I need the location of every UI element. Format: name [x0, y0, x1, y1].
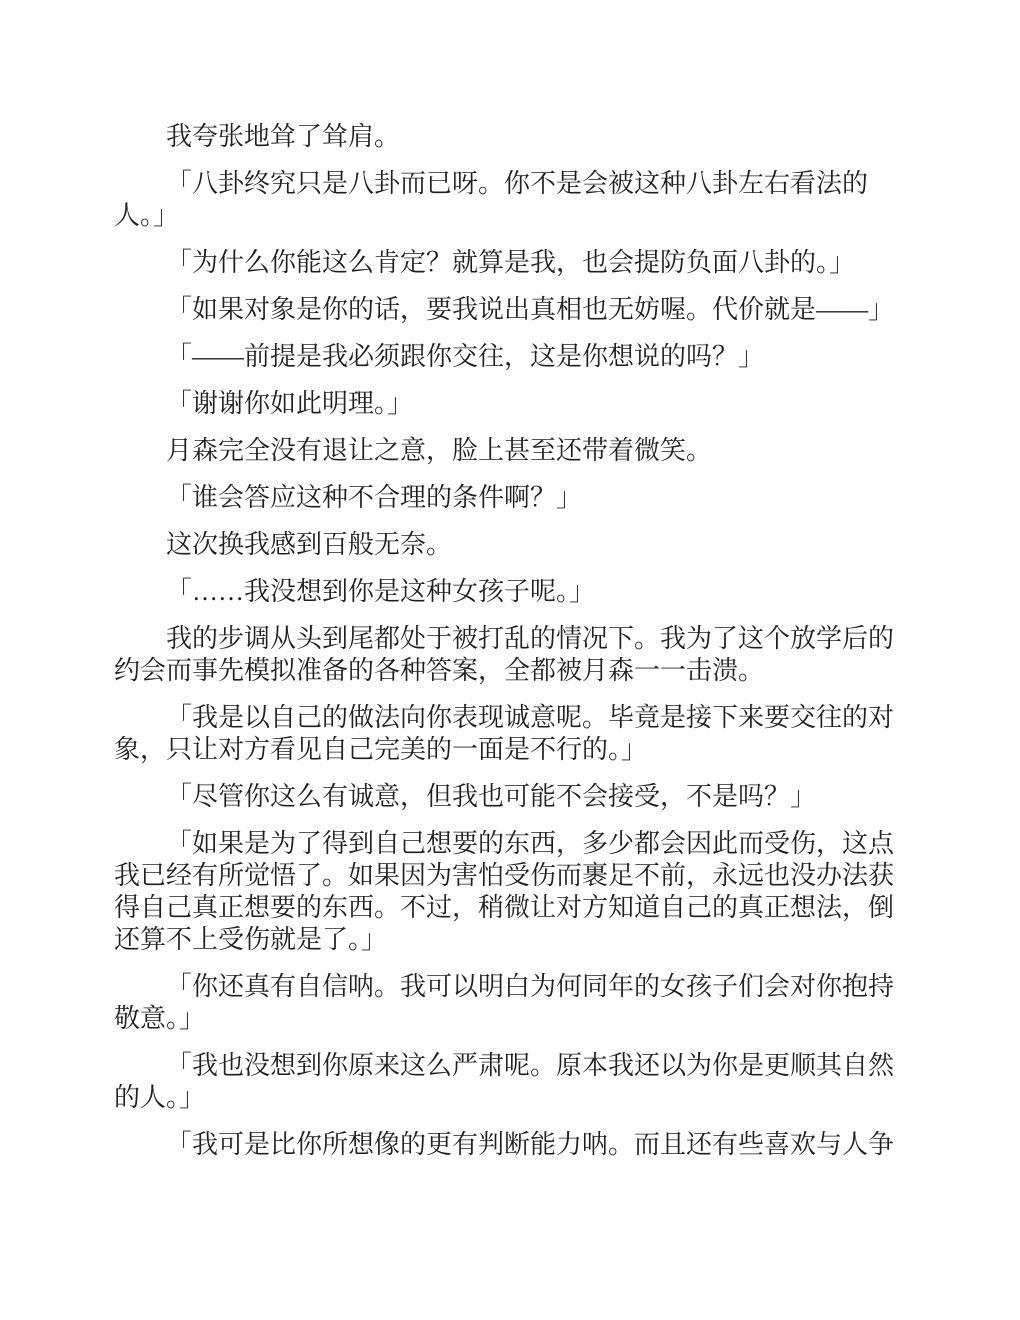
novel-page: 我夸张地耸了耸肩。 「八卦终究只是八卦而已呀。你不是会被这种八卦左右看法的人。」… [0, 0, 1020, 1320]
paragraph: 「八卦终究只是八卦而已呀。你不是会被这种八卦左右看法的人。」 [114, 168, 908, 232]
paragraph: 「谁会答应这种不合理的条件啊？」 [114, 482, 908, 514]
paragraph: 这次换我感到百般无奈。 [114, 529, 908, 561]
paragraph: 「——前提是我必须跟你交往，这是你想说的吗？」 [114, 341, 908, 373]
paragraph: 「如果对象是你的话，要我说出真相也无妨喔。代价就是——」 [114, 294, 908, 326]
paragraph: 「我是以自己的做法向你表现诚意呢。毕竟是接下来要交往的对象，只让对方看见自己完美… [114, 702, 908, 766]
paragraph: 「我也没想到你原来这么严肃呢。原本我还以为你是更顺其自然的人。」 [114, 1050, 908, 1114]
paragraph: 「你还真有自信呐。我可以明白为何同年的女孩子们会对你抱持敬意。」 [114, 971, 908, 1035]
paragraph: 「如果是为了得到自己想要的东西，多少都会因此而受伤，这点我已经有所觉悟了。如果因… [114, 828, 908, 956]
paragraph: 「……我没想到你是这种女孩子呢。」 [114, 576, 908, 608]
paragraph: 「我可是比你所想像的更有判断能力呐。而且还有些喜欢与人争 [114, 1129, 908, 1161]
paragraph: 我夸张地耸了耸肩。 [114, 121, 908, 153]
paragraph: 「为什么你能这么肯定？就算是我，也会提防负面八卦的。」 [114, 247, 908, 279]
paragraph: 月森完全没有退让之意，脸上甚至还带着微笑。 [114, 435, 908, 467]
paragraph: 「谢谢你如此明理。」 [114, 388, 908, 420]
paragraph: 我的步调从头到尾都处于被打乱的情况下。我为了这个放学后的约会而事先模拟准备的各种… [114, 623, 908, 687]
paragraph: 「尽管你这么有诚意，但我也可能不会接受，不是吗？」 [114, 781, 908, 813]
